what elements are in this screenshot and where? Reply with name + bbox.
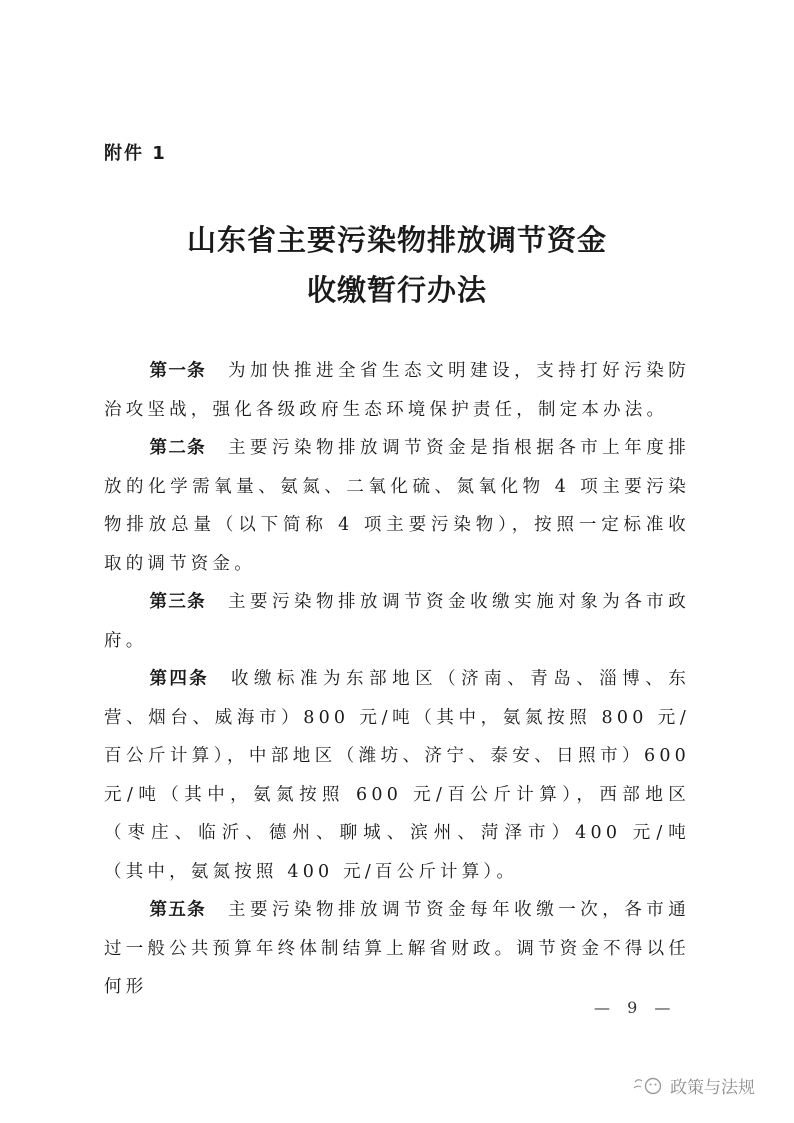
article-label: 第三条 [150,592,206,612]
article-2: 第二条主要污染物排放调节资金是指根据各市上年度排放的化学需氧量、氨氮、二氧化硫、… [104,429,690,583]
article-1: 第一条为加快推进全省生态文明建设，支持打好污染防治攻坚战，强化各级政府生态环境保… [104,352,690,429]
document-title-line1: 山东省主要污染物排放调节资金 [0,218,794,259]
article-3: 第三条主要污染物排放调节资金收缴实施对象为各市政府。 [104,583,690,660]
article-5: 第五条主要污染物排放调节资金每年收缴一次，各市通过一般公共预算年终体制结算上解省… [104,891,690,1007]
attachment-label: 附件 1 [104,139,167,165]
wechat-icon [632,1076,666,1096]
article-text: 主要污染物排放调节资金是指根据各市上年度排放的化学需氧量、氨氮、二氧化硫、氮氧化… [104,438,690,574]
watermark-text: 政策与法规 [670,1073,755,1098]
article-label: 第五条 [150,900,206,920]
article-label: 第二条 [150,438,206,458]
article-label: 第一条 [150,361,206,381]
article-4: 第四条收缴标准为东部地区（济南、青岛、淄博、东营、烟台、威海市）800 元/吨（… [104,660,690,891]
page-number: — 9 — [594,998,676,1017]
article-text: 收缴标准为东部地区（济南、青岛、淄博、东营、烟台、威海市）800 元/吨（其中，… [104,669,690,882]
document-title-line2: 收缴暂行办法 [0,268,794,309]
watermark: 政策与法规 [632,1073,755,1098]
document-body: 第一条为加快推进全省生态文明建设，支持打好污染防治攻坚战，强化各级政府生态环境保… [104,352,690,1007]
article-label: 第四条 [150,669,209,689]
